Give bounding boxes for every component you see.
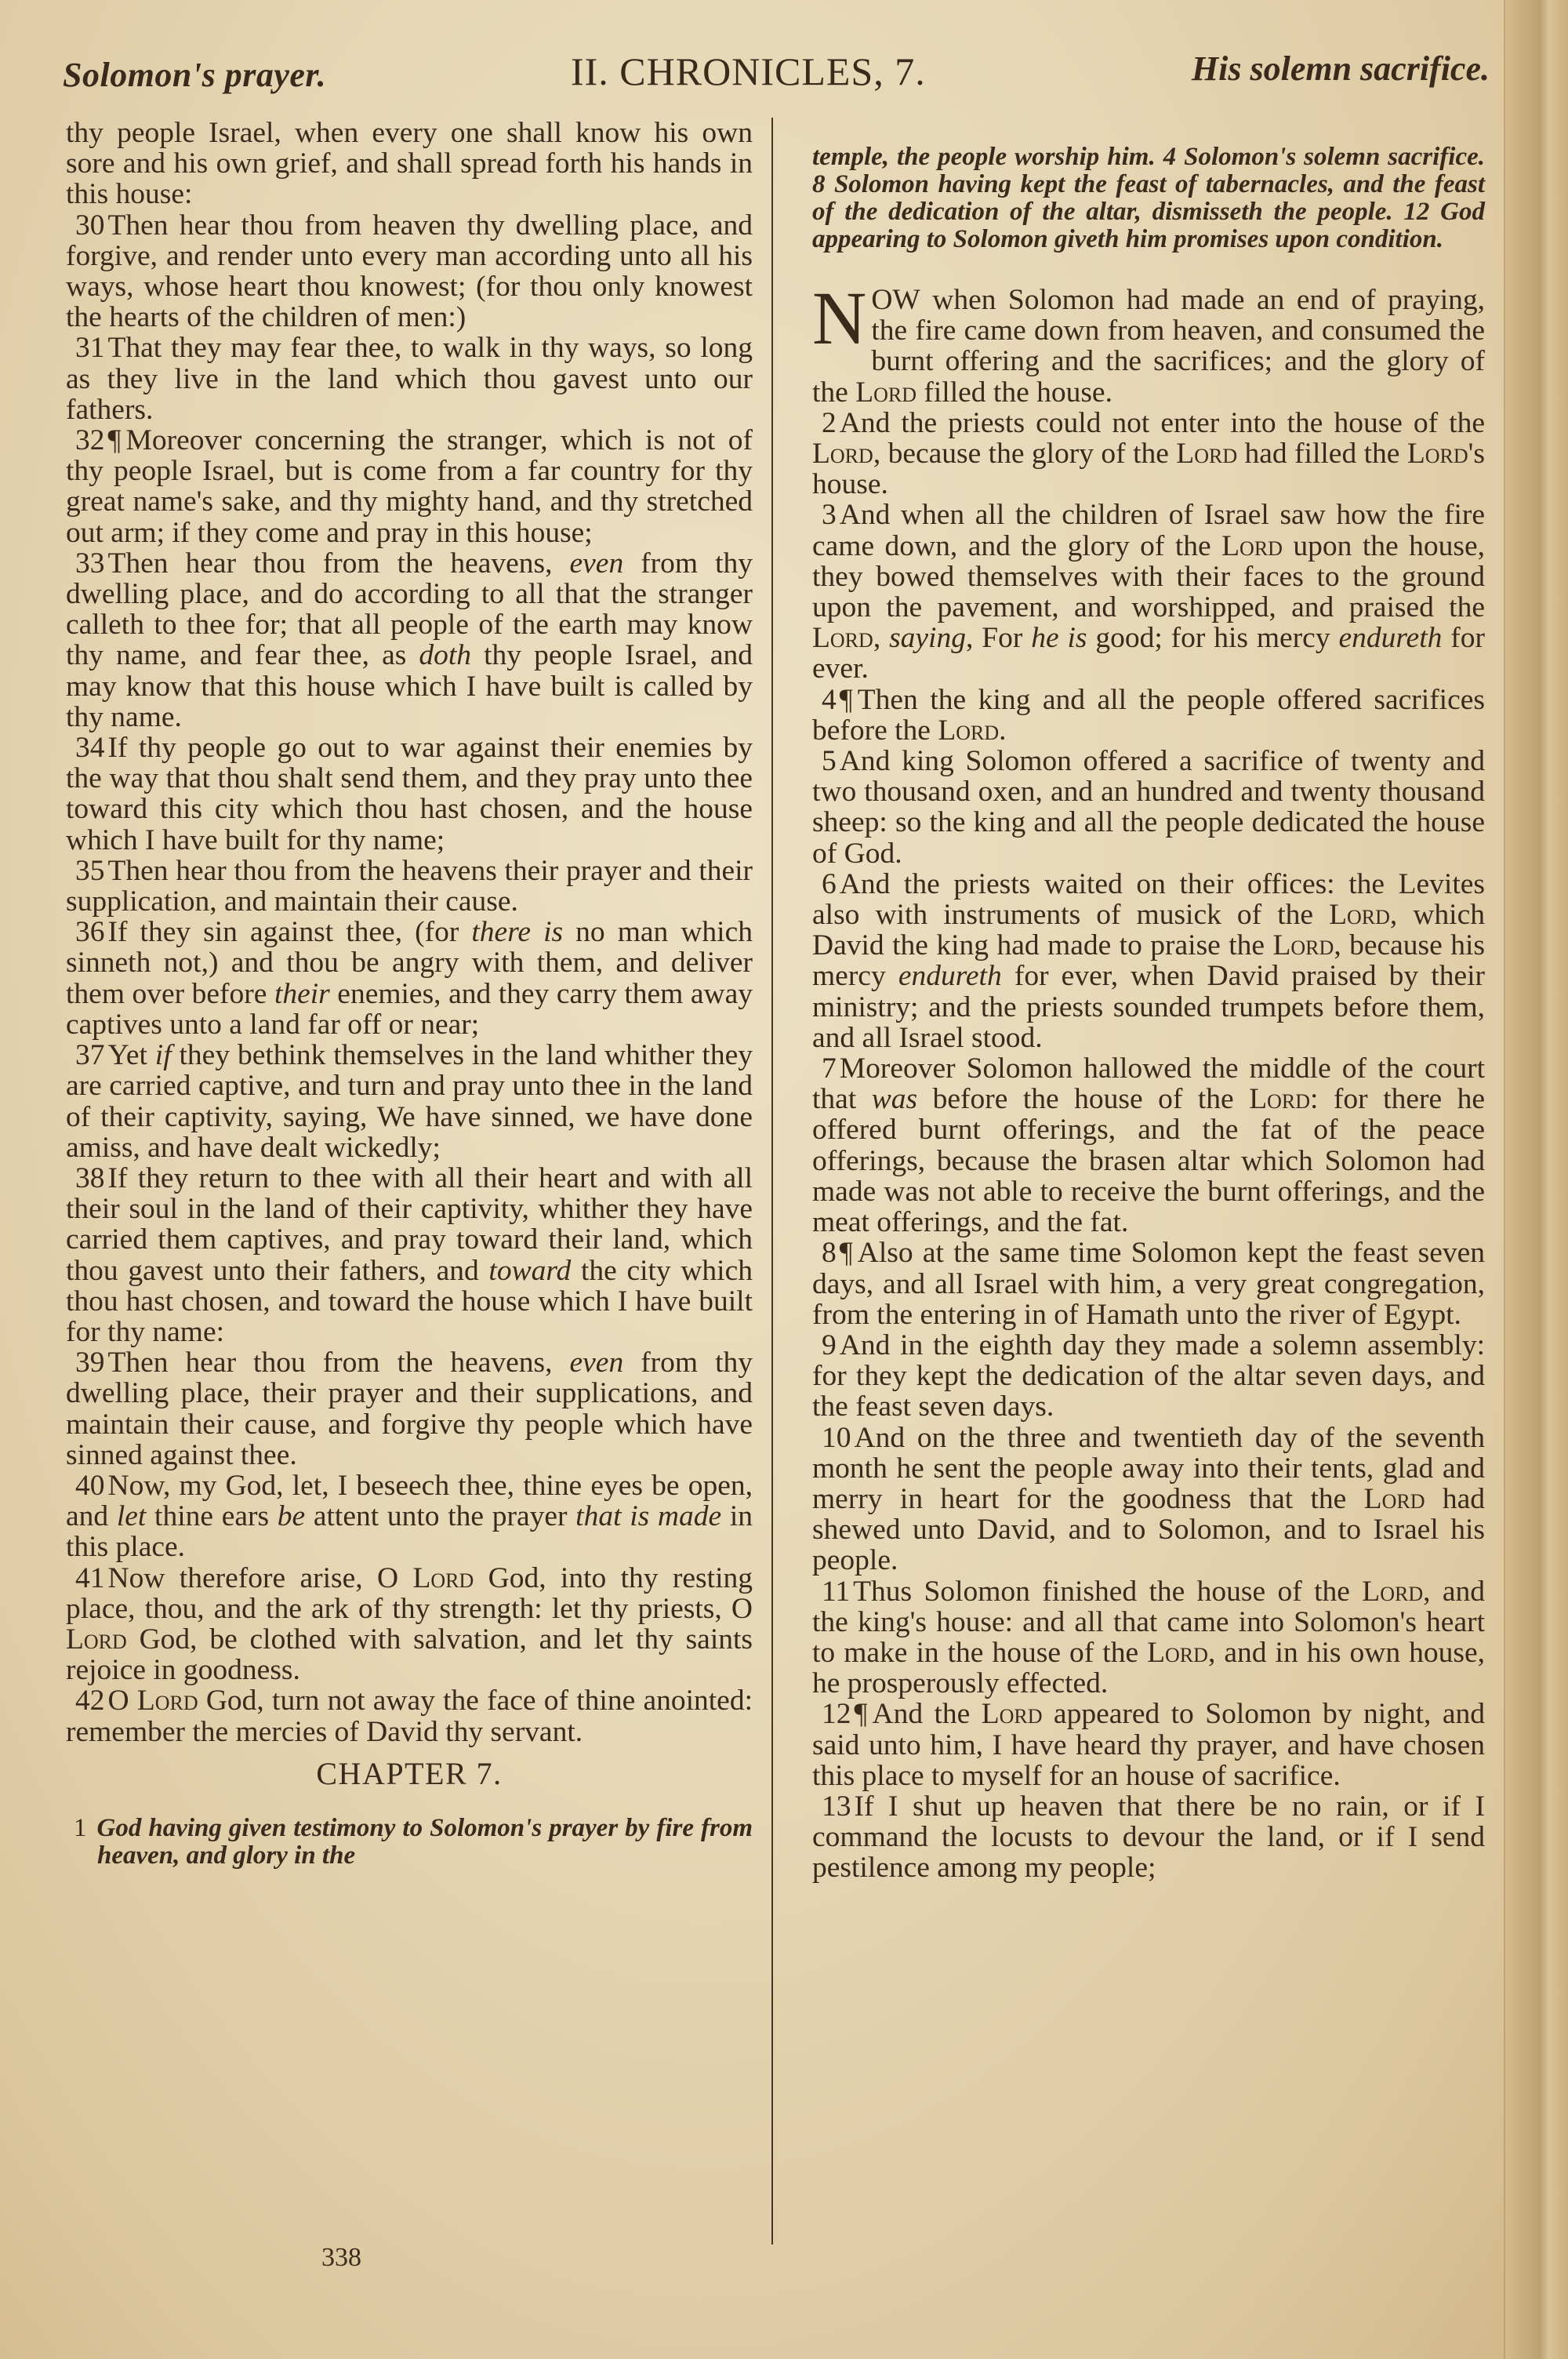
- verse-number: 30: [75, 209, 105, 242]
- italic-word: doth: [419, 639, 471, 671]
- verse-text: And the priests could not enter into the…: [840, 407, 1485, 439]
- dropcap-rest: OW: [871, 284, 920, 316]
- verse-number: 11: [822, 1576, 850, 1608]
- divine-name: Lord: [1221, 530, 1283, 562]
- verse-number: 4: [822, 684, 837, 716]
- verse-35: 35Then hear thou from the heavens their …: [66, 856, 753, 917]
- verse-number: 34: [75, 732, 105, 764]
- pilcrow-icon: ¶: [840, 684, 853, 716]
- pilcrow-icon: ¶: [108, 424, 122, 456]
- verse-text: And king Solomon offered a sacrifice of …: [812, 745, 1485, 870]
- verse-text: , because the glory of the: [873, 438, 1176, 470]
- verse-number: 8: [822, 1237, 837, 1269]
- verse-text: thine ears: [146, 1500, 277, 1532]
- verse-text: If thy people go out to war against thei…: [66, 732, 753, 856]
- dropcap-letter: N: [812, 288, 866, 349]
- bible-page: Solomon's prayer. II. CHRONICLES, 7. His…: [0, 0, 1568, 2359]
- verse-text: Then hear thou from the heavens,: [108, 547, 570, 580]
- verse-31: 31That they may fear thee, to walk in th…: [66, 333, 753, 425]
- verse-number: 5: [822, 745, 837, 777]
- summary-number: 1: [74, 1814, 87, 1842]
- verse-13: 13If I shut up heaven that there be no r…: [812, 1791, 1485, 1884]
- italic-word: toward: [488, 1255, 571, 1287]
- chapter-heading: CHAPTER 7.: [66, 1758, 753, 1789]
- italic-word: if: [155, 1039, 172, 1071]
- verse-7: 7Moreover Solomon hallowed the middle of…: [812, 1053, 1485, 1238]
- verse-41: 41Now therefore arise, O Lord God, into …: [66, 1563, 753, 1686]
- running-header: Solomon's prayer. II. CHRONICLES, 7. His…: [63, 49, 1490, 96]
- verse-32: 32¶Moreover concerning the stranger, whi…: [66, 425, 753, 548]
- verse-text: before the house of the: [917, 1083, 1249, 1115]
- verse-text: attent unto the prayer: [305, 1500, 575, 1532]
- verse-text: Then hear thou from heaven thy dwell­ing…: [66, 209, 753, 334]
- chapter-summary: 1 God having given testimony to Solomon'…: [66, 1815, 753, 1870]
- verse-text: Then hear thou from the heavens their pr…: [66, 855, 753, 918]
- header-book-chapter: II. CHRONICLES, 7.: [571, 49, 926, 94]
- verse-number: 38: [75, 1162, 105, 1194]
- verse-number: 3: [822, 499, 837, 531]
- verse-number: 7: [822, 1052, 837, 1085]
- divine-name: Lord: [1407, 438, 1468, 470]
- verse-text: Moreover concerning the stranger, which …: [66, 424, 753, 549]
- page-edge-line: [1504, 0, 1505, 2359]
- verse-33: 33Then hear thou from the heavens, even …: [66, 548, 753, 732]
- verse-text: If I shut up heaven that there be no rai…: [812, 1790, 1485, 1884]
- verse-5: 5And king Solomon offered a sacrifice of…: [812, 746, 1485, 869]
- verse-text: O: [108, 1685, 137, 1717]
- verse-30: 30Then hear thou from heaven thy dwell­i…: [66, 210, 753, 333]
- verse-text: had filled the: [1237, 438, 1407, 470]
- divine-name: Lord: [66, 1623, 127, 1656]
- italic-word: their: [274, 978, 330, 1010]
- verse-number: 39: [75, 1347, 105, 1379]
- verse-text: Also at the same time Solomon kept the f…: [812, 1237, 1485, 1330]
- divine-name: Lord: [1364, 1483, 1425, 1515]
- divine-name: Lord: [1249, 1083, 1310, 1115]
- italic-word: even: [570, 547, 624, 580]
- verse-text: good; for his mercy: [1087, 622, 1338, 654]
- verse-number: 12: [822, 1698, 851, 1730]
- verse-12: 12¶And the Lord appeared to Solomon by n…: [812, 1699, 1485, 1791]
- header-left-topic: Solomon's prayer.: [63, 55, 326, 95]
- verse-1: NOW when Solomon had made an end of pray…: [812, 285, 1485, 408]
- verse-number: 33: [75, 547, 105, 580]
- verse-11: 11Thus Solomon finished the house of the…: [812, 1576, 1485, 1699]
- verse-number: 2: [822, 407, 837, 439]
- verse-2: 2And the priests could not enter into th…: [812, 408, 1485, 500]
- divine-name: Lord: [812, 622, 873, 654]
- verse-9: 9And in the eighth day they made a solem…: [812, 1330, 1485, 1423]
- header-right-topic: His solemn sacrifice.: [1192, 49, 1490, 89]
- italic-word: endureth: [1338, 622, 1442, 654]
- divine-name: Lord: [1362, 1576, 1423, 1608]
- summary-text: God having given testimony to Solomon's …: [97, 1814, 753, 1870]
- right-column: temple, the people worship him. 4 Solomo…: [812, 118, 1485, 1884]
- verse-text: Then hear thou from the heavens,: [108, 1347, 570, 1379]
- verse-text: ,: [873, 622, 889, 654]
- italic-word: be: [278, 1500, 305, 1532]
- verse-6: 6And the priests waited on their offices…: [812, 869, 1485, 1053]
- italic-word: that is made: [575, 1500, 721, 1532]
- verse-text: If they sin against thee, (for: [108, 916, 472, 948]
- italic-word: there is: [471, 916, 563, 948]
- column-divider: [771, 118, 773, 2245]
- verse-text: And the: [873, 1698, 982, 1730]
- pilcrow-icon: ¶: [840, 1237, 853, 1269]
- verse-37: 37Yet if they bethink themselves in the …: [66, 1040, 753, 1163]
- page-edge-shadow: [1505, 0, 1568, 2359]
- left-column: thy people Israel, when every one shall …: [66, 118, 753, 1896]
- verse-text: God, be clothed with salvation, and let …: [66, 1623, 753, 1686]
- verse-8: 8¶Also at the same time Solomon kept the…: [812, 1238, 1485, 1330]
- verse-number: 6: [822, 868, 837, 900]
- verse-40: 40Now, my God, let, I beseech thee, thin…: [66, 1470, 753, 1563]
- italic-word: saying: [889, 622, 966, 654]
- divine-name: Lord: [1147, 1637, 1208, 1669]
- verse-text: .: [999, 714, 1006, 747]
- verse-text: Now therefore arise, O: [108, 1562, 413, 1594]
- verse-number: 10: [822, 1422, 851, 1454]
- verse-4: 4¶Then the king and all the people offer…: [812, 685, 1485, 746]
- verse-3: 3And when all the children of Israel saw…: [812, 500, 1485, 684]
- divine-name: Lord: [1273, 929, 1334, 961]
- verse-number: 37: [75, 1039, 105, 1071]
- verse-36: 36If they sin against thee, (for there i…: [66, 917, 753, 1040]
- divine-name: Lord: [412, 1562, 474, 1594]
- verse-text: filled the house.: [916, 376, 1112, 409]
- italic-word: was: [872, 1083, 917, 1115]
- italic-word: he is: [1031, 622, 1087, 654]
- chapter-summary-continuation: temple, the people worship him. 4 Solomo…: [812, 144, 1485, 253]
- verse-39: 39Then hear thou from the heavens, even …: [66, 1347, 753, 1470]
- verse-number: 42: [75, 1685, 105, 1717]
- italic-word: even: [570, 1347, 624, 1379]
- verse-number: 35: [75, 855, 105, 887]
- divine-name: Lord: [855, 376, 916, 409]
- verse-text: Thus Solomon finished the house of the: [853, 1576, 1362, 1608]
- page-number: 338: [321, 2243, 361, 2273]
- verse-text: thy people Israel, when every one shall …: [66, 117, 753, 210]
- divine-name: Lord: [982, 1698, 1043, 1730]
- verse-continuation: thy people Israel, when every one shall …: [66, 118, 753, 210]
- verse-number: 32: [75, 424, 105, 456]
- verse-number: 40: [75, 1470, 105, 1502]
- verse-42: 42O Lord God, turn not away the face of …: [66, 1685, 753, 1747]
- verse-number: 41: [75, 1562, 105, 1594]
- verse-38: 38If they return to thee with all their …: [66, 1163, 753, 1347]
- divine-name: Lord: [938, 714, 999, 747]
- italic-word: let: [117, 1500, 146, 1532]
- verse-number: 13: [822, 1790, 851, 1823]
- divine-name: Lord: [1329, 899, 1390, 931]
- verse-10: 10And on the three and twentieth day of …: [812, 1423, 1485, 1576]
- verse-text: Yet: [108, 1039, 155, 1071]
- divine-name: Lord: [812, 438, 873, 470]
- verse-number: 36: [75, 916, 105, 948]
- verse-number: 9: [822, 1329, 837, 1361]
- verse-text: And in the eighth day they made a solemn…: [812, 1329, 1485, 1423]
- divine-name: Lord: [137, 1685, 198, 1717]
- verse-34: 34If thy people go out to war against th…: [66, 732, 753, 856]
- verse-text: That they may fear thee, to walk in thy …: [66, 332, 753, 425]
- verse-number: 31: [75, 332, 105, 364]
- pilcrow-icon: ¶: [855, 1698, 868, 1730]
- verse-text: Then the king and all the people offer­e…: [812, 684, 1485, 747]
- italic-word: en­dureth: [898, 960, 1002, 992]
- divine-name: Lord: [1176, 438, 1237, 470]
- verse-text: , For: [966, 622, 1031, 654]
